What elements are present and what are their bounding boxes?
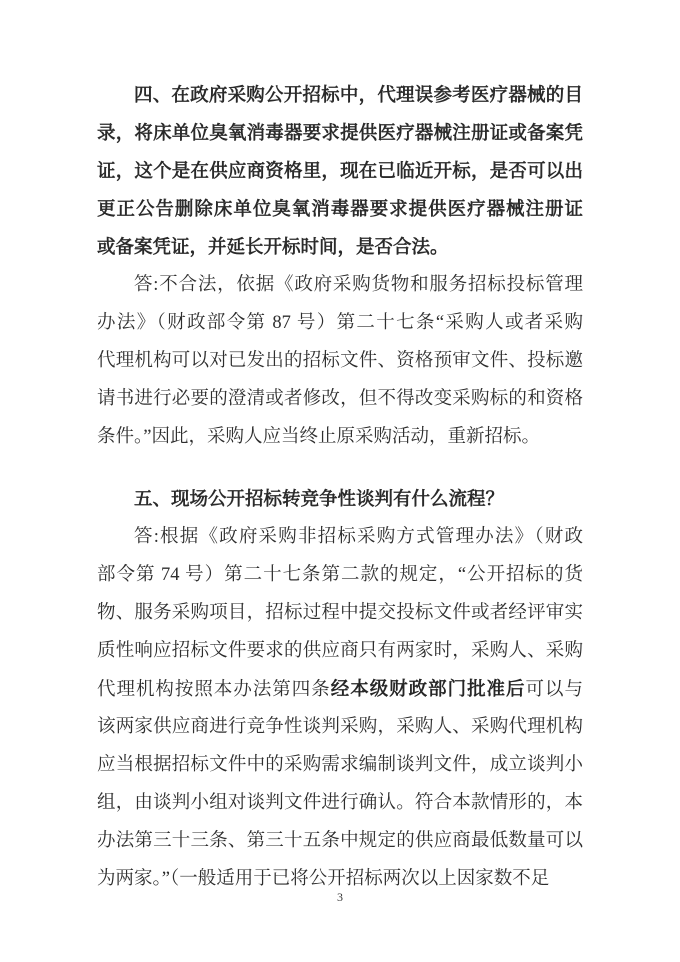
text-segment: 证，这个是在供应商资格里，现在已临近开标，是否可以出	[97, 160, 583, 181]
text-line: 办法第三十三条、第三十五条中规定的供应商最低数量可以	[97, 822, 583, 860]
text-segment: 条件。”因此，采购人应当终止原采购活动，重新招标。	[97, 427, 540, 447]
text-line: 答:根据《政府采购非招标采购方式管理办法》（财政	[97, 518, 583, 556]
text-line: 组，由谈判小组对谈判文件进行确认。符合本款情形的，本	[97, 784, 583, 822]
text-segment: 部令第 74 号）第二十七条第二款的规定，“公开招标的货	[97, 565, 583, 585]
text-line: 证，这个是在供应商资格里，现在已临近开标，是否可以出	[97, 152, 583, 190]
text-line: 请书进行必要的澄清或者修改，但不得改变采购标的和资格	[97, 380, 583, 418]
text-line: 四、在政府采购公开招标中，代理误参考医疗器械的目	[97, 76, 583, 114]
text-line: 代理机构按照本办法第四条经本级财政部门批准后可以与	[97, 670, 583, 708]
question-paragraph: 四、在政府采购公开招标中，代理误参考医疗器械的目录，将床单位臭氧消毒器要求提供医…	[97, 76, 583, 266]
question-paragraph: 五、现场公开招标转竞争性谈判有什么流程？	[97, 480, 583, 518]
answer-paragraph: 答:根据《政府采购非招标采购方式管理办法》（财政部令第 74 号）第二十七条第二…	[97, 518, 583, 898]
text-segment: 答:不合法，依据《政府采购货物和服务招标投标管理	[134, 275, 583, 295]
text-segment: 请书进行必要的澄清或者修改，但不得改变采购标的和资格	[97, 389, 583, 409]
text-line: 质性响应招标文件要求的供应商只有两家时，采购人、采购	[97, 632, 583, 670]
text-segment: 为两家。”（一般适用于已将公开招标两次以上因家数不足	[97, 869, 549, 889]
text-line: 或备案凭证，并延长开标时间，是否合法。	[97, 228, 583, 266]
text-segment: 代理机构可以对已发出的招标文件、资格预审文件、投标邀	[97, 351, 583, 371]
document-body: 四、在政府采购公开招标中，代理误参考医疗器械的目录，将床单位臭氧消毒器要求提供医…	[97, 76, 583, 898]
text-line: 应当根据招标文件中的采购需求编制谈判文件，成立谈判小	[97, 746, 583, 784]
text-segment: 更正公告删除床单位臭氧消毒器要求提供医疗器械注册证	[97, 198, 583, 219]
text-segment: 该两家供应商进行竞争性谈判采购，采购人、采购代理机构	[97, 717, 583, 737]
text-segment: 应当根据招标文件中的采购需求编制谈判文件，成立谈判小	[97, 755, 583, 775]
text-line: 物、服务采购项目，招标过程中提交投标文件或者经评审实	[97, 594, 583, 632]
text-line: 录，将床单位臭氧消毒器要求提供医疗器械注册证或备案凭	[97, 114, 583, 152]
text-segment: 四、在政府采购公开招标中，代理误参考医疗器械的目	[134, 84, 583, 105]
text-line: 部令第 74 号）第二十七条第二款的规定，“公开招标的货	[97, 556, 583, 594]
text-segment: 或备案凭证，并延长开标时间，是否合法。	[97, 236, 449, 257]
text-line: 五、现场公开招标转竞争性谈判有什么流程？	[97, 480, 583, 518]
answer-paragraph: 答:不合法，依据《政府采购货物和服务招标投标管理办法》（财政部令第 87 号）第…	[97, 266, 583, 456]
text-segment: 办法》（财政部令第 87 号）第二十七条“采购人或者采购	[97, 313, 583, 333]
text-segment: 质性响应招标文件要求的供应商只有两家时，采购人、采购	[97, 641, 583, 661]
text-line: 答:不合法，依据《政府采购货物和服务招标投标管理	[97, 266, 583, 304]
text-segment: 组，由谈判小组对谈判文件进行确认。符合本款情形的，本	[97, 793, 583, 813]
text-segment: 代理机构按照本办法第四条	[97, 680, 331, 700]
page-number: 3	[0, 889, 680, 905]
text-line: 条件。”因此，采购人应当终止原采购活动，重新招标。	[97, 418, 583, 456]
text-segment: 录，将床单位臭氧消毒器要求提供医疗器械注册证或备案凭	[97, 122, 583, 143]
bold-emphasis: 经本级财政部门批准后	[331, 678, 526, 699]
text-segment: 办法第三十三条、第三十五条中规定的供应商最低数量可以	[97, 831, 583, 851]
text-segment: 答:根据《政府采购非招标采购方式管理办法》（财政	[134, 527, 583, 547]
text-line: 该两家供应商进行竞争性谈判采购，采购人、采购代理机构	[97, 708, 583, 746]
document-page: 四、在政府采购公开招标中，代理误参考医疗器械的目录，将床单位臭氧消毒器要求提供医…	[0, 0, 680, 962]
paragraph-spacer	[97, 456, 583, 480]
text-line: 办法》（财政部令第 87 号）第二十七条“采购人或者采购	[97, 304, 583, 342]
text-line: 代理机构可以对已发出的招标文件、资格预审文件、投标邀	[97, 342, 583, 380]
text-line: 更正公告删除床单位臭氧消毒器要求提供医疗器械注册证	[97, 190, 583, 228]
text-segment: 物、服务采购项目，招标过程中提交投标文件或者经评审实	[97, 603, 583, 623]
text-segment: 五、现场公开招标转竞争性谈判有什么流程？	[134, 488, 504, 509]
text-segment: 可以与	[526, 680, 583, 700]
